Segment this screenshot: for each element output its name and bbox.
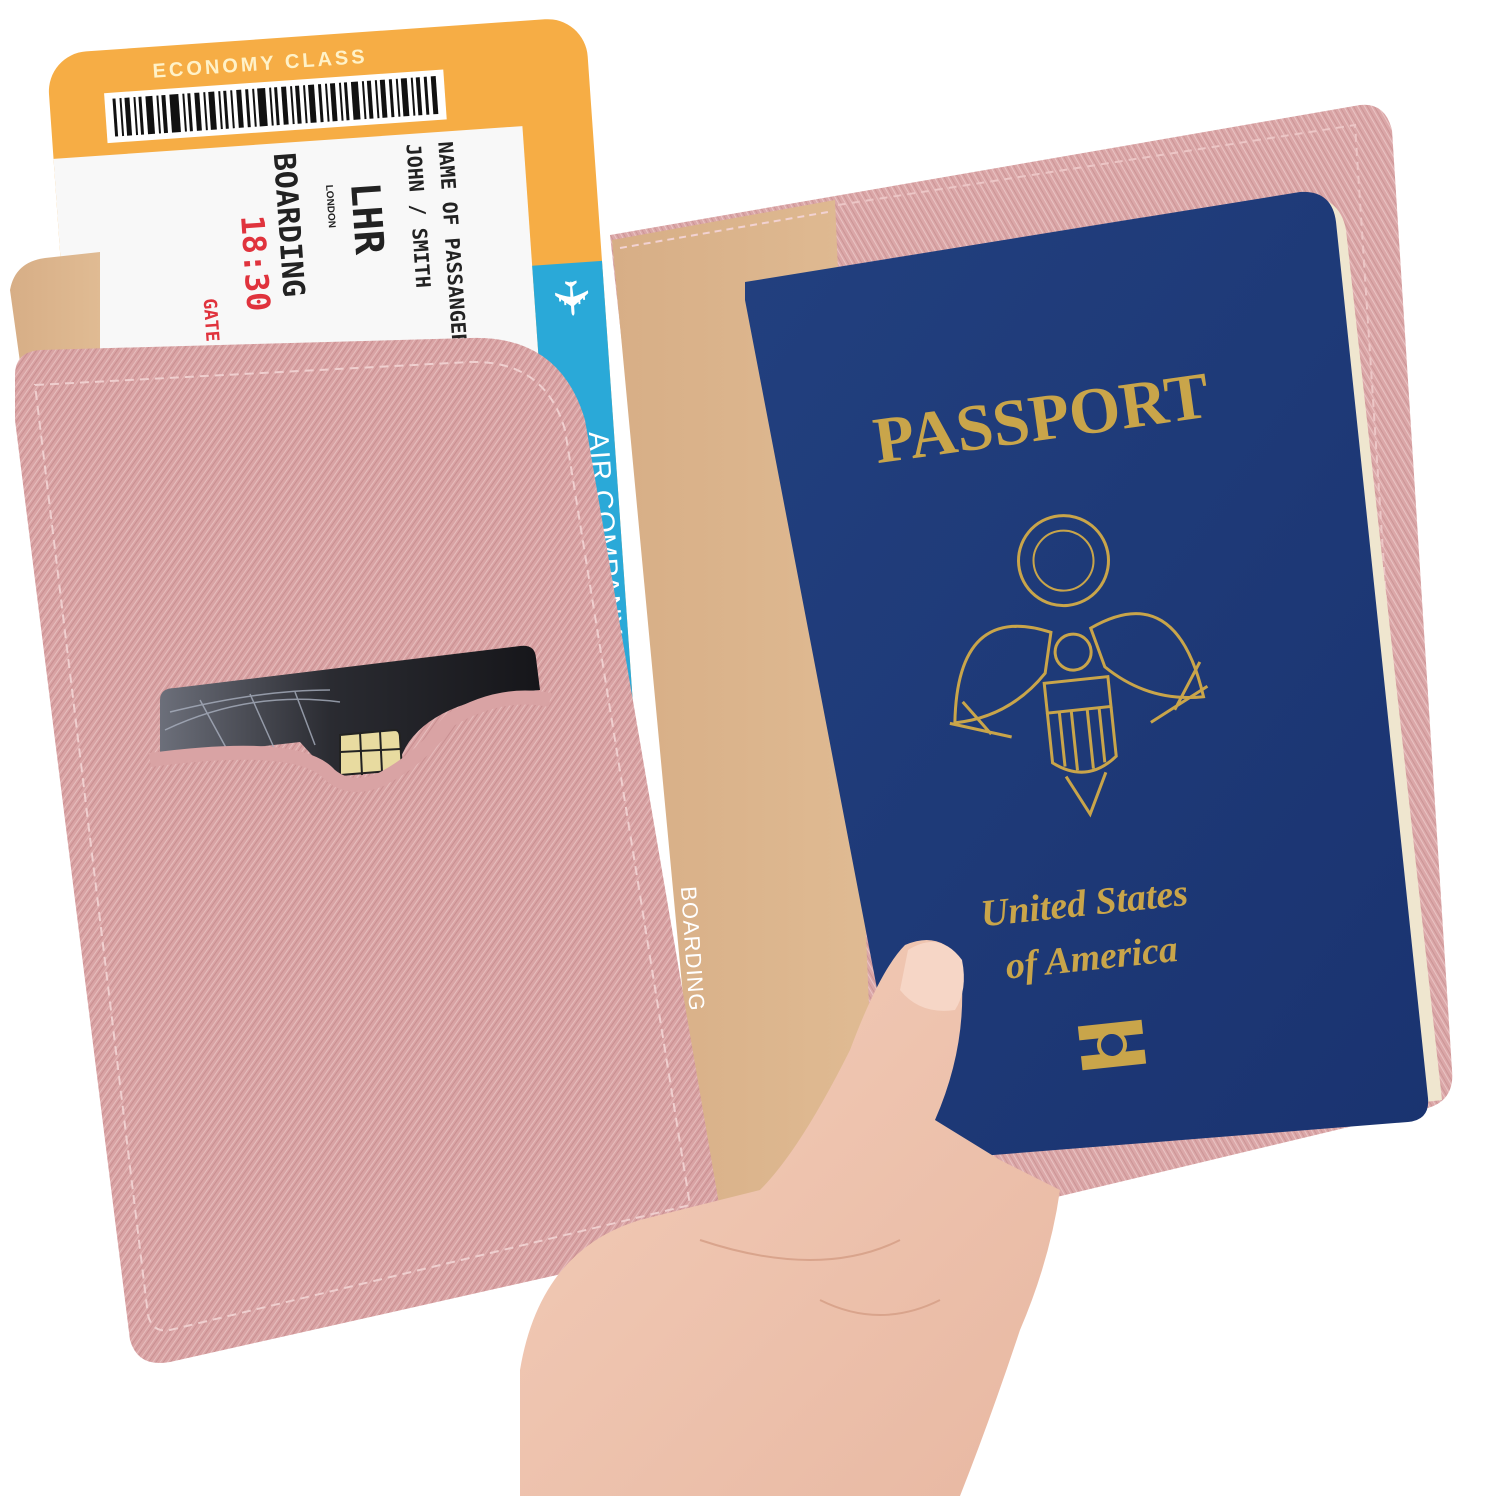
airplane-icon: ✈ bbox=[542, 276, 598, 320]
product-scene: PASSPORT United States of America bbox=[0, 0, 1496, 1496]
holder-left-back bbox=[10, 252, 100, 362]
ticket-boarding-time: 18:30 bbox=[233, 214, 278, 313]
ticket-airport-code: LHR bbox=[341, 181, 392, 257]
ticket-gate-label: GATE bbox=[199, 298, 223, 343]
